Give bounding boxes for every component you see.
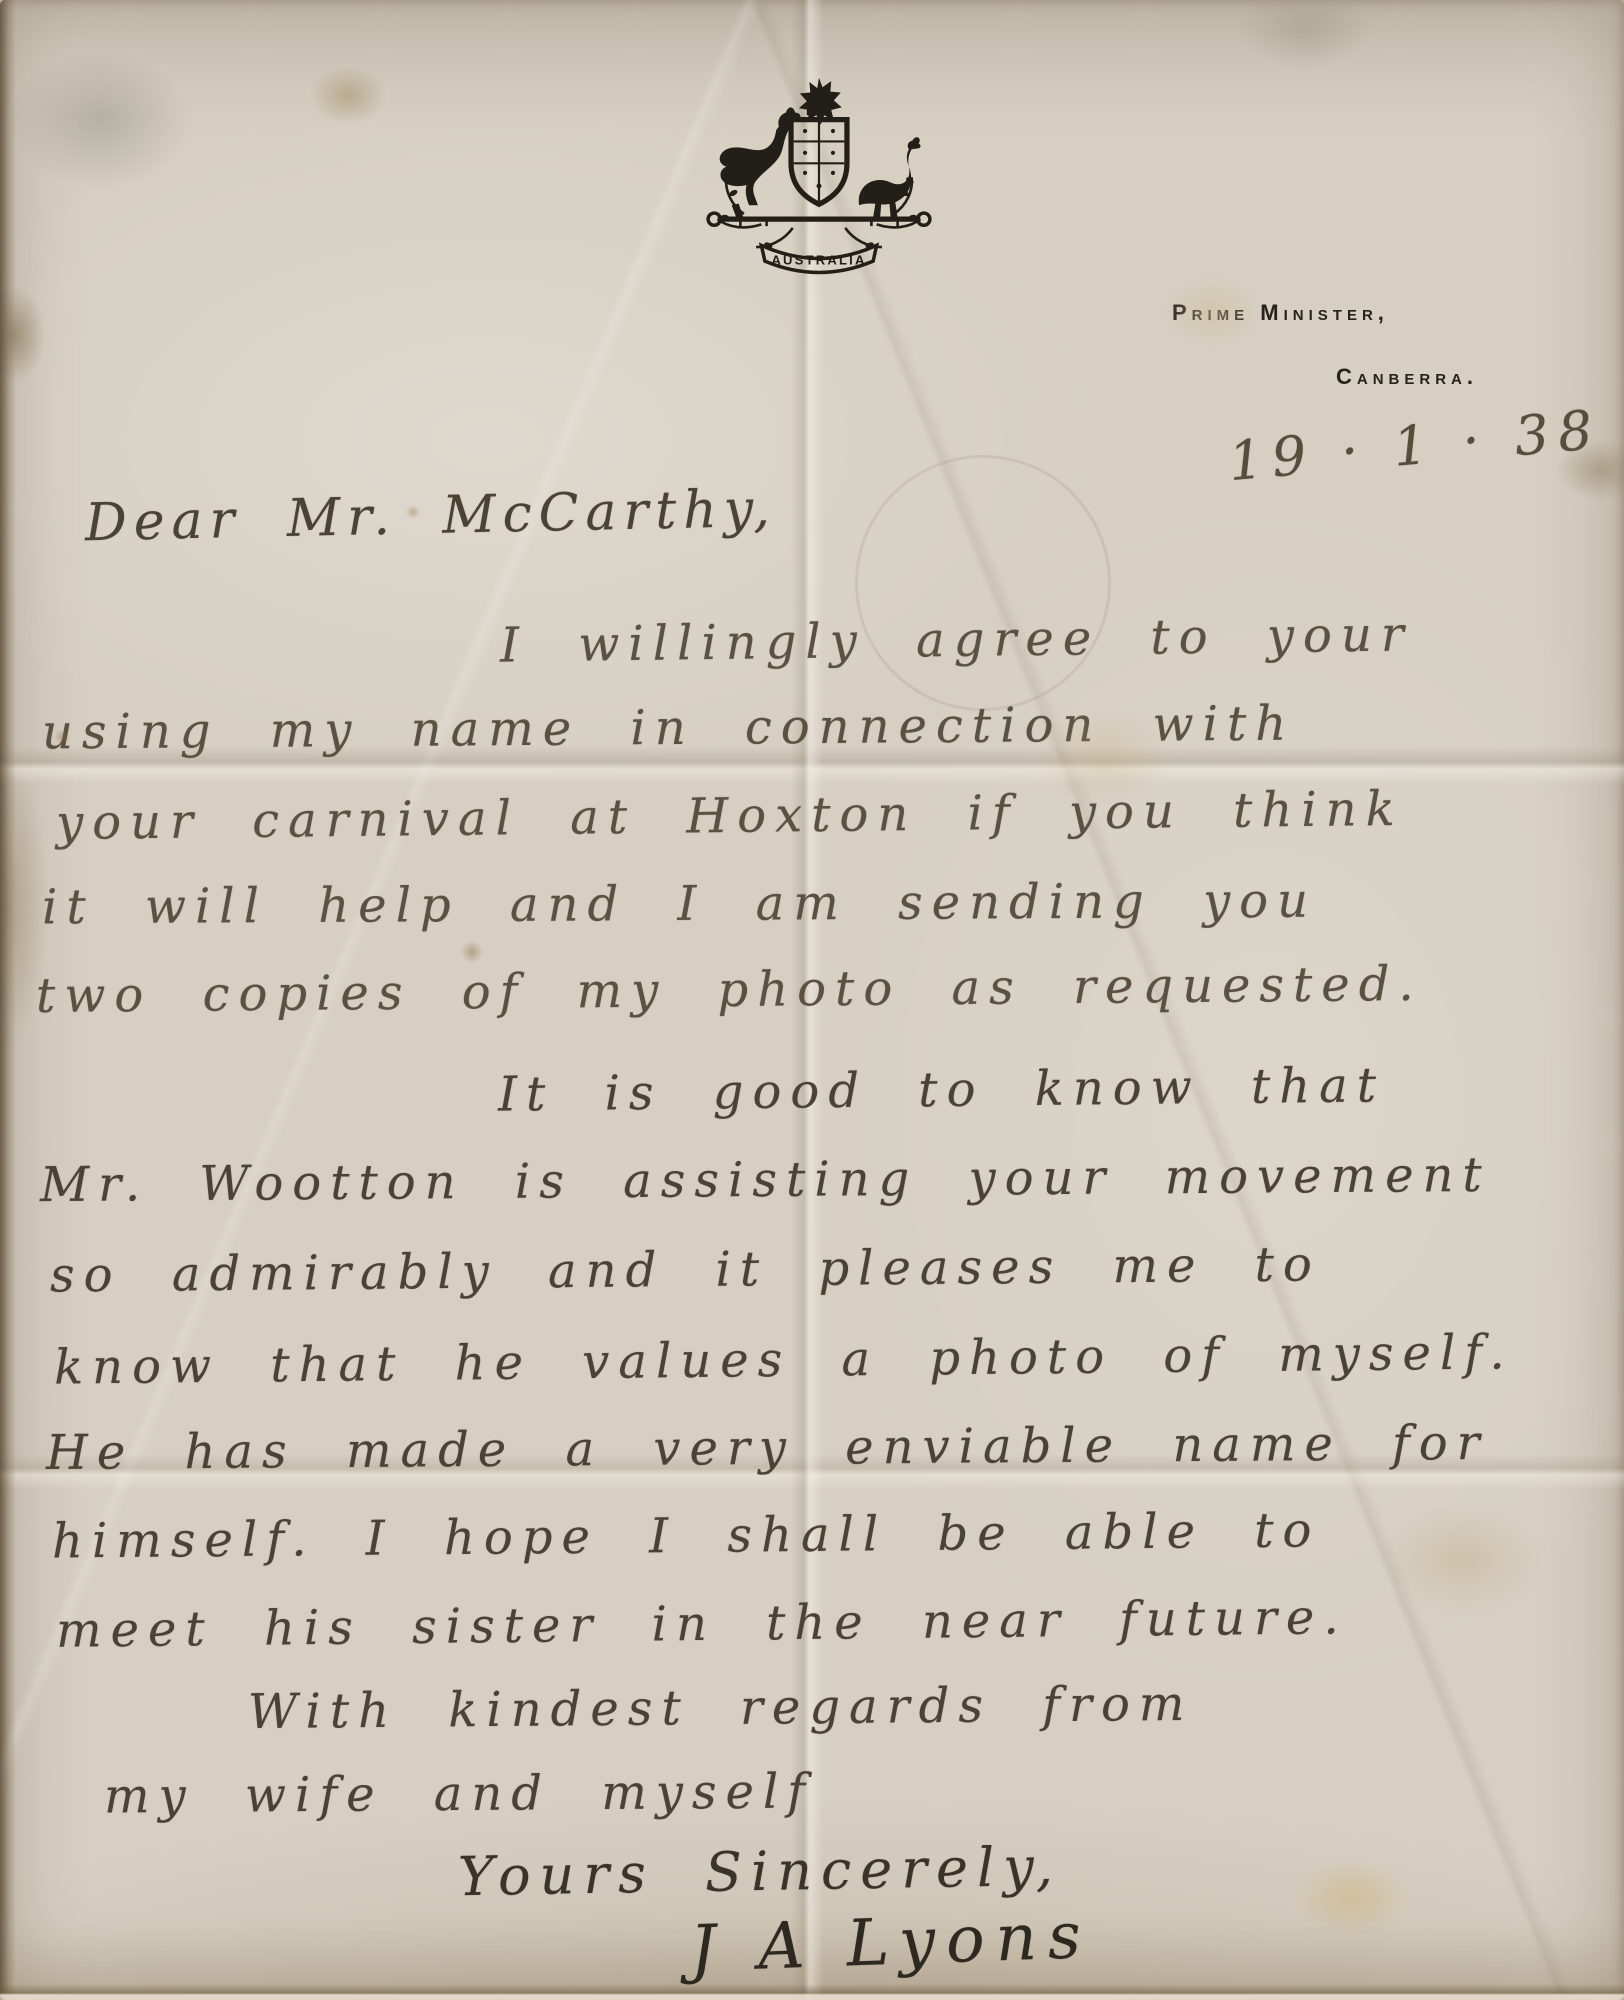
body-line: know that he values a photo of myself. [54,1324,1514,1395]
body-line: my wife and myself [104,1764,814,1825]
letterhead-city: Canberra. [1336,364,1478,390]
body-line: It is good to know that [498,1057,1386,1122]
body-line: With kindest regards from [248,1676,1194,1740]
body-line: meet his sister in the near future. [56,1589,1348,1659]
body-line: himself. I hope I shall be able to [52,1502,1321,1569]
paper-edge-bottom [0,1984,1624,2000]
body-line: using my name in connection with [42,696,1296,761]
body-line: I willingly agree to your [500,606,1413,673]
body-line: it will help and I am sending you [42,873,1317,936]
signature: J A Lyons [689,1899,1093,1987]
handwritten-date: 19 · 1 · 38 [1226,398,1604,493]
body-line: two copies of my photo as requested. [36,956,1423,1024]
paper-edge-left [0,0,16,2000]
letterhead-office: Prime Minister, [1172,300,1389,326]
letter-page: AUSTRALIA Prime Minister, Canberra. 19 ·… [0,0,1624,2000]
body-line: He has made a very enviable name for [46,1415,1489,1481]
crest-svg: AUSTRALIA [688,74,950,284]
body-line: Mr. Wootton is assisting your movement [40,1147,1491,1213]
embossed-seal-mark [855,455,1111,711]
australian-coat-of-arms-icon: AUSTRALIA [688,74,950,280]
body-line: your carnival at Hoxton if you think [56,781,1404,851]
valediction: Yours Sincerely, [457,1835,1062,1909]
crest-banner-text: AUSTRALIA [771,253,866,268]
body-line: so admirably and it pleases me to [50,1236,1321,1303]
salutation: Dear Mr. McCarthy, [84,479,777,553]
